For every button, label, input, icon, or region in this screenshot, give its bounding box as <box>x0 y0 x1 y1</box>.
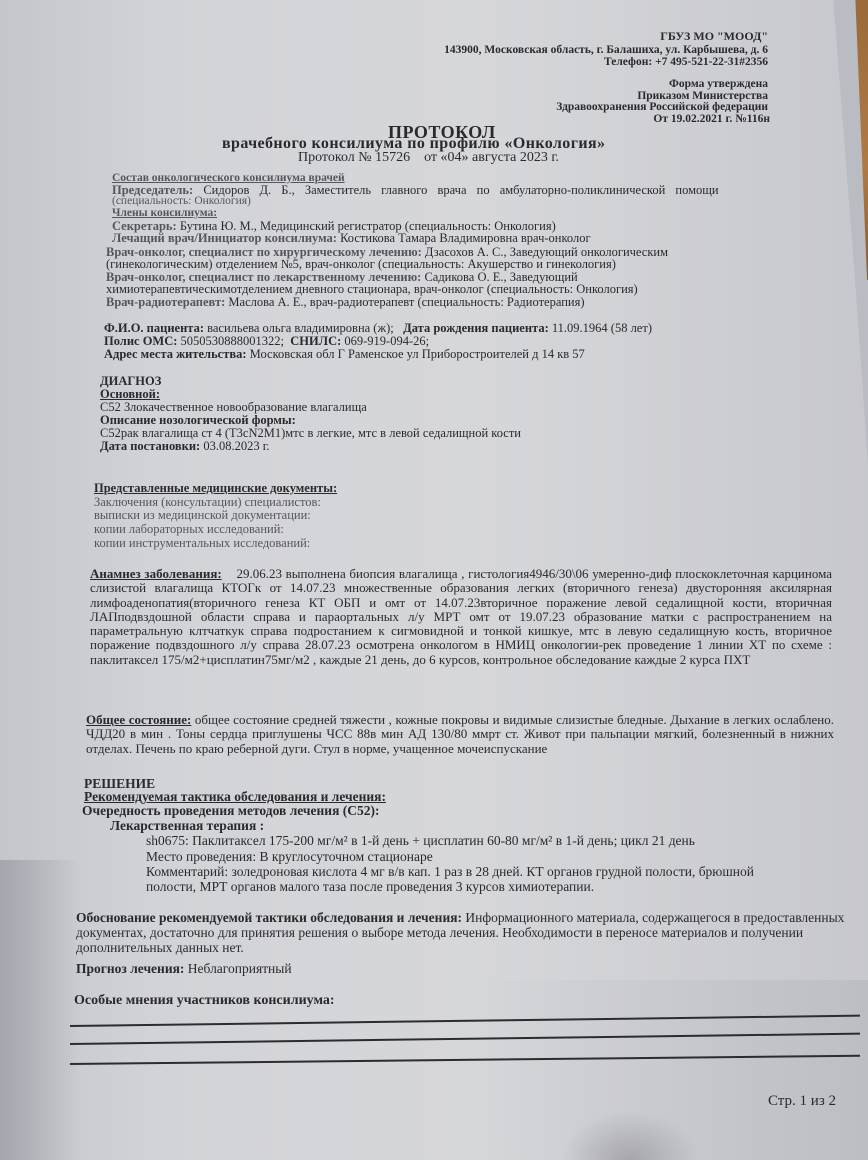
anamnesis-text: 29.06.23 выполнена биопсия влагалища , г… <box>90 566 832 667</box>
member-label: Врач-радиотерапевт: <box>106 295 225 309</box>
oms-label: Полис ОМС: <box>104 334 177 348</box>
chairman-value: Сидоров Д. Б., Заместитель главного врач… <box>203 183 718 197</box>
patient-dob-value: 11.09.1964 (58 лет) <box>549 321 652 335</box>
anamnesis-label: Анамнез заболевания: <box>90 566 222 581</box>
member-value: Маслова А. Е., врач-радиотерапевт (специ… <box>225 295 584 309</box>
oms-value: 5050530888001322; <box>177 334 284 348</box>
diagnosis-date-label: Дата постановки: <box>100 439 200 453</box>
therapy-heading: Лекарственная терапия : <box>110 818 264 833</box>
documents-item: выписки из медицинской документации: <box>94 509 311 522</box>
general-state: Общее состояние: общее состояние средней… <box>86 713 834 756</box>
diagnosis-date-value: 03.08.2023 г. <box>200 439 269 453</box>
form-line: От 19.02.2021 г. №116н <box>653 113 770 126</box>
photo-shadow <box>0 860 80 1160</box>
table-surface <box>850 0 868 280</box>
patient-address-row: Адрес места жительства: Московская обл Г… <box>104 348 585 361</box>
org-phone: Телефон: +7 495-521-22-31#2356 <box>604 56 768 69</box>
snils-value: 069-919-094-26; <box>341 334 429 348</box>
special-opinions-label: Особые мнения участников консилиума: <box>74 993 335 1009</box>
address-label: Адрес места жительства: <box>104 347 247 361</box>
general-state-label: Общее состояние: <box>86 712 191 727</box>
member-radiotherapist: Врач-радиотерапевт: Маслова А. Е., врач-… <box>106 296 585 309</box>
therapy-scheme: sh0675: Паклитаксел 175-200 мг/м² в 1-й … <box>146 833 695 848</box>
member-attending: Лечащий врач/Инициатор консилиума: Кости… <box>112 232 591 245</box>
justification: Обоснование рекомендуемой тактики обслед… <box>76 910 846 955</box>
documents-item: копии инструментальных исследований: <box>94 537 310 550</box>
anamnesis: Анамнез заболевания: 29.06.23 выполнена … <box>90 567 832 667</box>
tactics-heading: Рекомендуемая тактика обследования и леч… <box>84 789 386 804</box>
documents-item: копии лабораторных исследований: <box>94 523 284 536</box>
therapy-comment-cont: полости, МРТ органов малого таза после п… <box>146 879 594 894</box>
documents-heading: Представленные медицинские документы: <box>94 482 337 495</box>
therapy-comment: Комментарий: золедроновая кислота 4 мг в… <box>146 864 754 879</box>
protocol-number: Протокол № 15726 от «04» августа 2023 г. <box>298 150 559 166</box>
justification-label: Обоснование рекомендуемой тактики обслед… <box>76 910 462 925</box>
order-heading: Очередность проведения методов лечения (… <box>82 803 380 818</box>
org-name: ГБУЗ МО "МООД" <box>660 30 768 43</box>
diagnosis-date-row: Дата постановки: 03.08.2023 г. <box>100 440 270 453</box>
patient-name-label: Ф.И.О. пациента: <box>104 321 204 335</box>
photo-shadow <box>560 1110 700 1160</box>
member-label: Лечащий врач/Инициатор консилиума: <box>112 231 337 245</box>
prognosis-row: Прогноз лечения: Неблагоприятный <box>76 961 292 976</box>
general-state-text: общее состояние средней тяжести , кожные… <box>86 712 834 756</box>
therapy-place: Место проведения: В круглосуточном стаци… <box>146 849 433 864</box>
page-number: Стр. 1 из 2 <box>768 1093 836 1110</box>
address-value: Московская обл Г Раменское ул Приборостр… <box>247 347 585 361</box>
prognosis-label: Прогноз лечения: <box>76 961 184 976</box>
patient-dob-label: Дата рождения пациента: <box>403 321 549 335</box>
snils-label: СНИЛС: <box>290 334 341 348</box>
member-value: Костикова Тамара Владимировна врач-онкол… <box>337 231 591 245</box>
patient-name-value: васильева ольга владимировна (ж); <box>204 321 394 335</box>
prognosis-value: Неблагоприятный <box>184 961 291 976</box>
